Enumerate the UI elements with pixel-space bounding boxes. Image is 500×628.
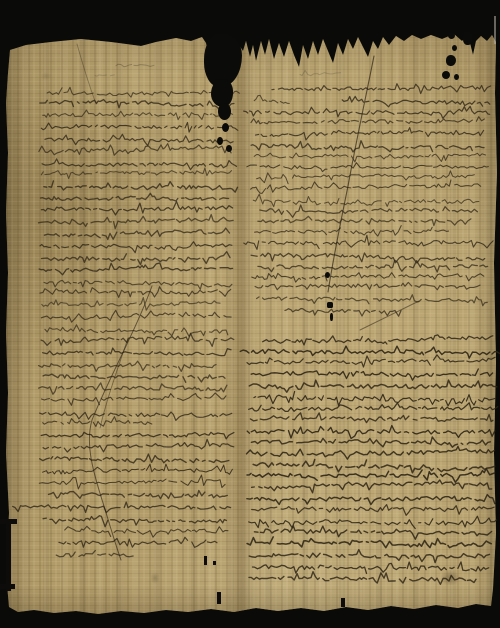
edge-mark [217,592,221,604]
edge-mark [213,561,216,565]
edge-mark [341,598,345,607]
hole-blob [325,272,330,278]
papyrus-sheet [6,33,497,614]
ink-smudge [40,72,52,80]
edge-mark [204,556,207,565]
manuscript-photo [0,0,500,628]
hole-blob [463,31,473,45]
edge-mark [0,519,17,524]
hole-blob [222,123,229,132]
hole-blob [442,71,450,79]
edge-glint [494,16,496,44]
hole-blob [454,74,459,80]
edge-mark [6,521,11,591]
hole-blob [452,45,457,51]
ink-smudge [150,572,160,584]
papyrus-edge-vignette [6,33,497,614]
ink-smudge [440,570,460,586]
hole-blob [226,145,232,152]
hole-blob [218,103,231,120]
hole-blob [330,313,333,321]
hole-blob [448,32,455,39]
hole-blob [327,302,333,308]
hole-blob [217,137,223,145]
edge-mark [0,584,15,589]
